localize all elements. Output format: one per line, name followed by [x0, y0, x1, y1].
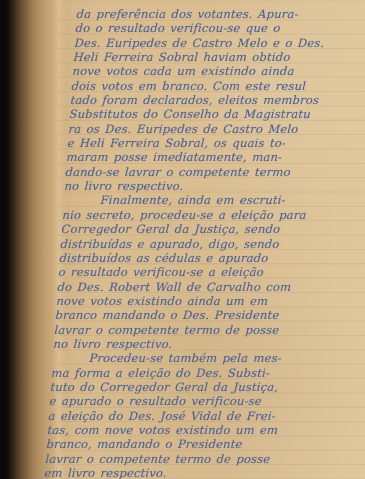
handwritten-line-paragraph-start: Procedeu-se também pela mes-	[52, 351, 339, 365]
handwritten-line: Des. Euripedes de Castro Melo e o Des.	[74, 36, 361, 50]
handwritten-line: o resultado verificou-se a eleição	[58, 265, 345, 279]
handwritten-line: nio secreto, procedeu-se a eleição para	[62, 208, 349, 222]
handwritten-line: tado foram declarados, eleitos membros	[70, 93, 357, 107]
handwritten-line: ra os Des. Euripedes de Castro Melo	[68, 122, 355, 136]
handwritten-line: distribuídos as cédulas e apurado	[59, 251, 346, 265]
handwritten-line: do Des. Robert Wall de Carvalho com	[57, 280, 344, 294]
handwritten-line: lavrar o competente termo de posse	[45, 452, 332, 466]
handwritten-line: do o resultado verificou-se que o	[75, 21, 362, 35]
handwritten-line: nove votos cada um existindo ainda	[72, 64, 359, 78]
handwritten-line: no livro respectivo.	[64, 179, 351, 193]
handwritten-text: da preferência dos votantes. Apura- do o…	[44, 7, 363, 479]
handwritten-line: da preferência dos votantes. Apura-	[76, 7, 363, 21]
handwritten-line: maram posse imediatamente, man-	[66, 150, 353, 164]
handwritten-line: a eleição do Des. José Vidal de Frei-	[48, 409, 335, 423]
handwritten-line: branco mandando o Des. Presidente	[55, 308, 342, 322]
manuscript-scan: da preferência dos votantes. Apura- do o…	[0, 0, 365, 479]
handwritten-line: dois votos em branco. Com este resul	[71, 79, 358, 93]
handwritten-line: em livro respectivo.	[44, 466, 331, 479]
handwritten-line: distribuídas e apurado, digo, sendo	[60, 237, 347, 251]
handwritten-line: branco, mandando o Presidente	[46, 437, 333, 451]
handwritten-line: e Heli Ferreira Sobral, os quais to-	[67, 136, 354, 150]
handwritten-line: Corregedor Geral da Justiça, sendo	[61, 222, 348, 236]
handwritten-line: Substitutos do Conselho da Magistratu	[69, 107, 356, 121]
handwritten-line: e apurado o resultado verificou-se	[49, 394, 336, 408]
handwritten-line: tuto do Corregedor Geral da Justiça,	[50, 380, 337, 394]
handwritten-line: Heli Ferreira Sobral haviam obtido	[73, 50, 360, 64]
handwritten-line: lavrar o competente termo de posse	[54, 323, 341, 337]
handwritten-line-paragraph-start: Finalmente, ainda em escruti-	[63, 193, 350, 207]
handwritten-line: ma forma a eleição do Des. Substi-	[51, 366, 338, 380]
handwritten-line: tas, com nove votos existindo um em	[47, 423, 334, 437]
handwritten-line: no livro respectivo.	[53, 337, 340, 351]
handwritten-line: dando-se lavrar o competente termo	[65, 165, 352, 179]
handwritten-line: nove votos existindo ainda um em	[56, 294, 343, 308]
